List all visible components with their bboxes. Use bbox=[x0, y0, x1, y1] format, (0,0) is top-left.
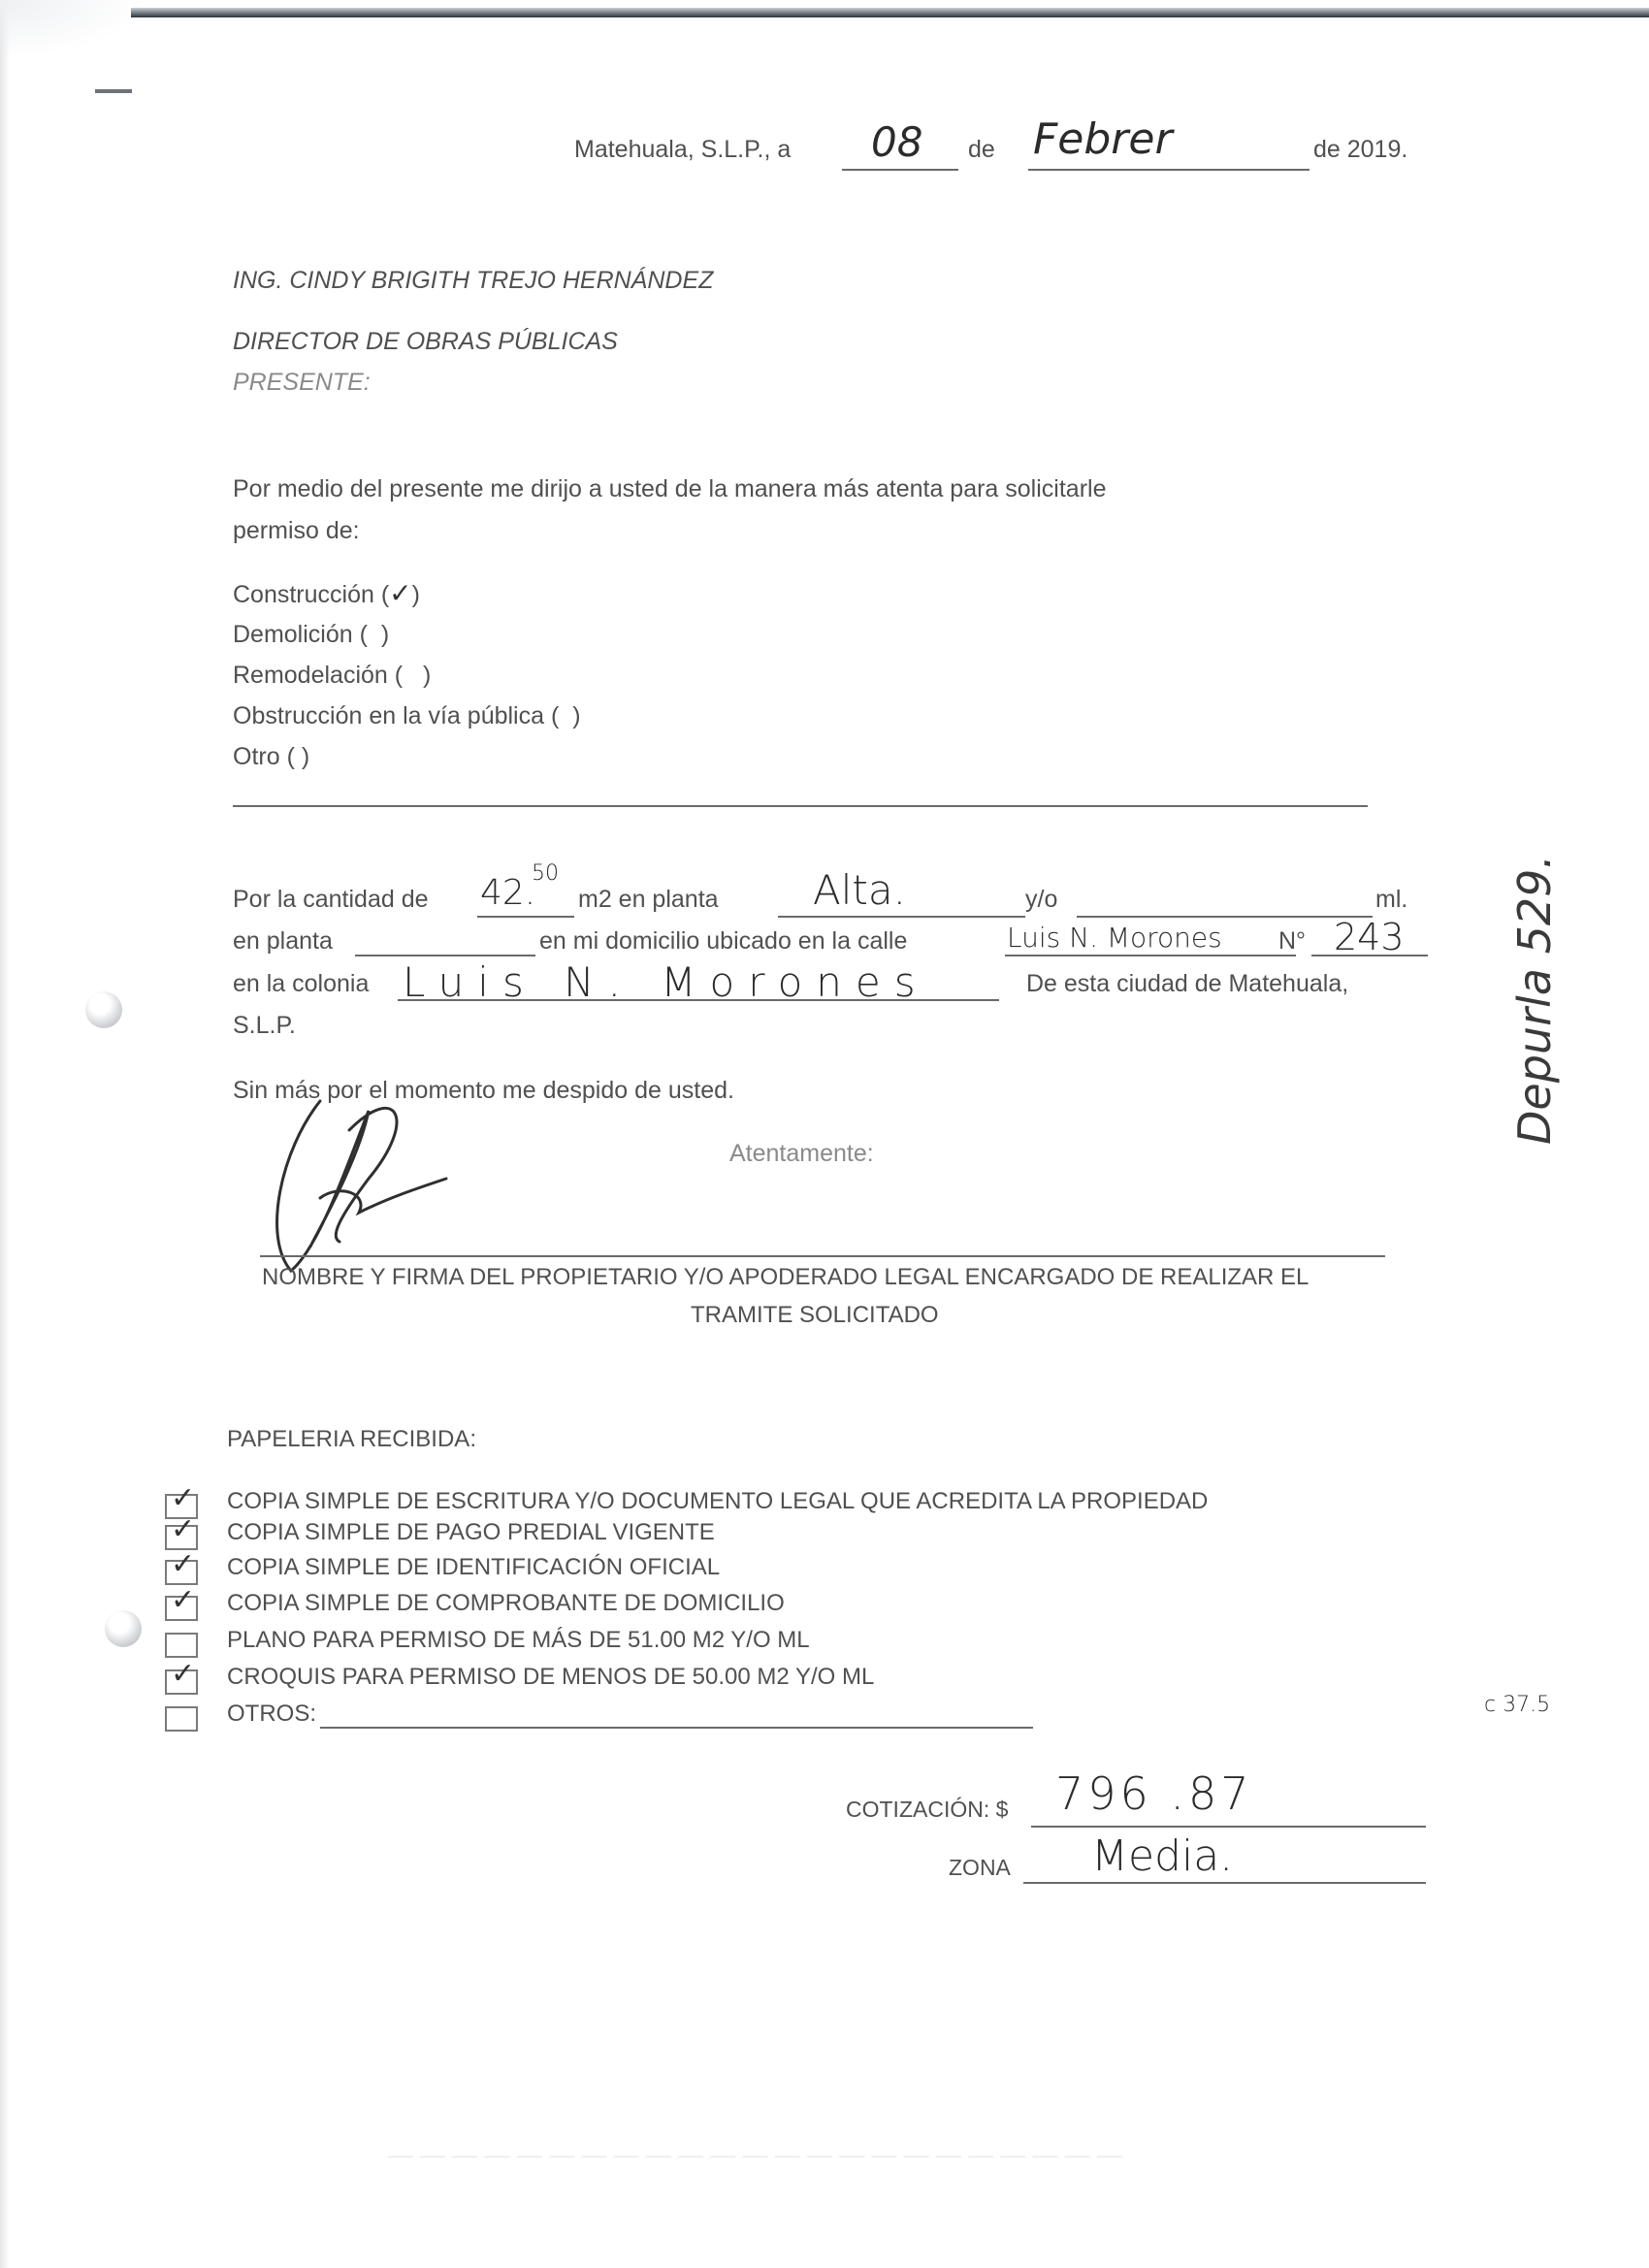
scan-shadow bbox=[0, 0, 10, 2268]
zona-value: Media. bbox=[1091, 1831, 1233, 1881]
permit-option-demolicion[interactable]: Demolición ( ) bbox=[233, 621, 389, 649]
colonia-value: Luis N. Morones bbox=[403, 958, 929, 1006]
document-label: PLANO PARA PERMISO DE MÁS DE 51.00 M2 Y/… bbox=[227, 1627, 810, 1654]
quantity-prefix: Por la cantidad de bbox=[233, 886, 429, 914]
addressee-name: ING. CINDY BRIGITH TREJO HERNÁNDEZ bbox=[233, 267, 713, 295]
yo-label: y/o bbox=[1025, 886, 1057, 914]
margin-calculation: c 37.5 bbox=[1484, 1693, 1550, 1717]
month-underline bbox=[1028, 169, 1309, 171]
numero-value: 243 bbox=[1334, 916, 1405, 958]
date-year: de 2019. bbox=[1313, 136, 1407, 164]
document-label: COPIA SIMPLE DE PAGO PREDIAL VIGENTE bbox=[227, 1519, 715, 1546]
city-label: De esta ciudad de Matehuala, bbox=[1026, 970, 1348, 998]
permit-option-obstruccion[interactable]: Obstrucción en la vía pública ( ) bbox=[233, 702, 581, 730]
document-label: OTROS: bbox=[227, 1701, 316, 1728]
checkbox[interactable] bbox=[165, 1706, 198, 1732]
numero-label: N° bbox=[1278, 927, 1306, 956]
date-day: 08 bbox=[871, 118, 922, 166]
street-value: Luis N. Morones bbox=[1007, 922, 1222, 954]
addressee-presente: PRESENTE: bbox=[233, 369, 371, 397]
document-label: COPIA SIMPLE DE COMPROBANTE DE DOMICILIO bbox=[227, 1590, 785, 1617]
cotizacion-underline bbox=[1031, 1826, 1426, 1828]
street-underline bbox=[1005, 955, 1296, 956]
zona-underline bbox=[1023, 1882, 1426, 1884]
bleed-through-text: — — — — — — — — — — — — — — — — — — — — … bbox=[388, 2144, 1122, 2174]
document-label: COPIA SIMPLE DE IDENTIFICACIÓN OFICIAL bbox=[227, 1554, 720, 1581]
checkmark-icon: ✓ bbox=[171, 1484, 195, 1513]
en-planta-underline bbox=[355, 955, 535, 956]
checkmark-icon: ✓ bbox=[171, 1586, 195, 1615]
state-label: S.L.P. bbox=[233, 1012, 296, 1040]
checkmark-icon: ✓ bbox=[171, 1660, 195, 1689]
date-month: Febrer bbox=[1033, 114, 1173, 164]
atentamente-label: Atentamente: bbox=[729, 1140, 874, 1168]
documents-heading: PAPELERIA RECIBIDA: bbox=[227, 1426, 476, 1453]
amount-value: 42. bbox=[480, 873, 535, 913]
checkmark-icon: ✓ bbox=[171, 1515, 195, 1544]
otros-underline bbox=[320, 1727, 1033, 1729]
otro-underline bbox=[233, 805, 1368, 807]
scan-mark bbox=[95, 89, 132, 93]
intro-line-1: Por medio del presente me dirijo a usted… bbox=[233, 475, 1106, 503]
signature-caption-line-1: NOMBRE Y FIRMA DEL PROPIETARIO Y/O APODE… bbox=[262, 1264, 1309, 1291]
permit-option-construccion[interactable]: Construcción (✓) bbox=[233, 580, 420, 609]
punch-hole-icon bbox=[105, 1610, 142, 1647]
zona-label: ZONA bbox=[949, 1855, 1011, 1881]
en-planta-label: en planta bbox=[233, 927, 333, 956]
planta-value: Alta. bbox=[813, 866, 906, 914]
amount-underline bbox=[477, 916, 574, 918]
permit-option-remodelacion[interactable]: Remodelación ( ) bbox=[233, 662, 431, 690]
permit-option-otro[interactable]: Otro ( ) bbox=[233, 743, 309, 771]
punch-hole-icon bbox=[85, 991, 122, 1028]
colonia-label: en la colonia bbox=[233, 970, 369, 998]
signature-caption-line-2: TRAMITE SOLICITADO bbox=[691, 1302, 939, 1329]
scan-corner-shadow bbox=[0, 0, 145, 58]
date-de: de bbox=[968, 136, 995, 164]
ml-label: ml. bbox=[1375, 886, 1407, 914]
date-place: Matehuala, S.L.P., a bbox=[574, 136, 791, 164]
document-label: COPIA SIMPLE DE ESCRITURA Y/O DOCUMENTO … bbox=[227, 1488, 1208, 1515]
checkmark-icon: ✓ bbox=[389, 577, 411, 609]
cotizacion-value: 796 .87 bbox=[1055, 1767, 1253, 1820]
amount-decimal: 50 bbox=[532, 861, 559, 886]
checkmark-icon: ✓ bbox=[171, 1550, 195, 1579]
planta-underline bbox=[778, 916, 1025, 918]
domicilio-label: en mi domicilio ubicado en la calle bbox=[539, 927, 907, 956]
m2-planta-label: m2 en planta bbox=[578, 886, 719, 914]
day-underline bbox=[842, 169, 958, 171]
side-annotation: Depurla 529. bbox=[1508, 855, 1561, 1145]
cotizacion-label: COTIZACIÓN: $ bbox=[846, 1797, 1008, 1823]
intro-line-2: permiso de: bbox=[233, 517, 360, 545]
checkbox[interactable] bbox=[165, 1633, 198, 1658]
signature-line bbox=[260, 1255, 1385, 1257]
scan-edge bbox=[131, 8, 1649, 17]
document-label: CROQUIS PARA PERMISO DE MENOS DE 50.00 M… bbox=[227, 1664, 874, 1691]
ml-underline bbox=[1077, 916, 1373, 918]
addressee-title: DIRECTOR DE OBRAS PÚBLICAS bbox=[233, 328, 618, 356]
